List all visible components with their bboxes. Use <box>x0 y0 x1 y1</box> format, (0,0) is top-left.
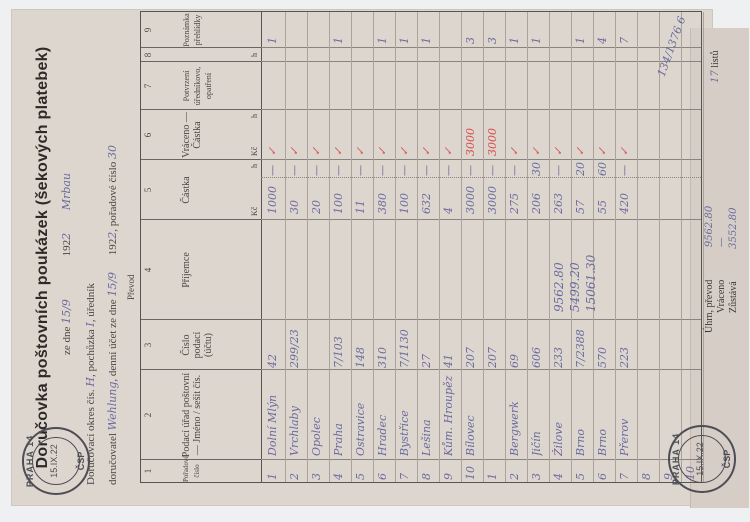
cell-no: 6 <box>596 462 609 480</box>
carrier-line: doručovatel Wehlung, denní účet ze dne 1… <box>106 145 119 485</box>
delivery-table: 1 Pořadové číslo 2 Podací úřad poštovní … <box>140 11 702 483</box>
cell-number: 27 <box>420 322 433 368</box>
cell-kc: 3000 <box>464 180 477 214</box>
cell-kc: 1000 <box>266 180 279 214</box>
cell-kc: 206 <box>530 180 543 214</box>
cell-ret: ✓ <box>310 112 323 156</box>
table-row: 5Brno7/23885720✓1 <box>571 12 594 482</box>
cell-ret: ✓ <box>266 112 279 156</box>
sequence-number: 30 <box>106 145 119 159</box>
cell-office: Bílovec <box>464 372 477 456</box>
table-row: 1Dolní Mlýn421000—✓1 <box>263 12 286 482</box>
cell-h: 20 <box>574 162 587 176</box>
cell-kc: 632 <box>420 180 433 214</box>
cell-office: Lešina <box>420 372 433 456</box>
cell-h: — <box>618 162 631 176</box>
cell-office: Bystřice <box>398 372 411 456</box>
cell-ret: 3000 <box>464 112 477 156</box>
col-header-4: 4 Příjemce <box>141 219 261 320</box>
cell-number: 42 <box>266 322 279 368</box>
table-row: 6Hradec310380—✓1 <box>373 12 396 482</box>
cell-h: — <box>354 162 367 176</box>
col-header-2: 2 Podací úřad poštovní — Jméno / sešit č… <box>141 369 261 460</box>
cell-office: Dolní Mlýn <box>266 372 279 456</box>
cell-number: 207 <box>464 322 477 368</box>
cell-kc: 57 <box>574 180 587 214</box>
cell-number: 299/23 <box>288 322 301 368</box>
cell-note: 3 <box>486 14 499 44</box>
cell-kc: 420 <box>618 180 631 214</box>
cell-note: 1 <box>420 14 433 44</box>
table-row: 10Bílovec2073000—30003 <box>461 12 484 482</box>
cell-no: 8 <box>420 462 433 480</box>
table-row: 9 <box>659 12 682 482</box>
cell-ret: ✓ <box>618 112 631 156</box>
cell-no: 6 <box>376 462 389 480</box>
carrier-signature: Wehlung <box>106 382 119 431</box>
col-header-5: 5 Částka Kč h <box>141 159 261 220</box>
cell-h: — <box>266 162 279 176</box>
cell-kc: 100 <box>332 180 345 214</box>
table-row: 3Opolec20—✓ <box>307 12 330 482</box>
transfer-label: Převod <box>126 275 136 301</box>
table-row: 5Ostravice14811—✓ <box>351 12 374 482</box>
cell-office: Brno <box>596 372 609 456</box>
cell-no: 7 <box>618 462 631 480</box>
cell-no: 3 <box>530 462 543 480</box>
cell-office: Bergwerk <box>508 372 521 456</box>
table-row: 3Jičín60620630✓1 <box>527 12 550 482</box>
recipient-totals: 9562.80 5499.20 15061.30 <box>551 255 599 312</box>
col-header-1: 1 Pořadové číslo <box>141 459 261 482</box>
table-row: 2Bergwerk69275—✓1 <box>505 12 528 482</box>
cell-note: 1 <box>508 14 521 44</box>
cell-ret: ✓ <box>574 112 587 156</box>
cell-no: 8 <box>640 462 653 480</box>
cell-h: — <box>486 162 499 176</box>
cell-office: Jičín <box>530 372 543 456</box>
cell-no: 5 <box>354 462 367 480</box>
cell-no: 3 <box>310 462 323 480</box>
header-divider <box>261 12 262 482</box>
cell-number: 207 <box>486 322 499 368</box>
date-line: ze dne 15/9 1922 Mrbau <box>60 173 73 355</box>
cell-ret: 3000 <box>486 112 499 156</box>
round-value: I <box>84 322 97 326</box>
table-row: 4Žilove233263—✓ <box>549 12 572 482</box>
cell-ret: ✓ <box>420 112 433 156</box>
postmark-stamp: PRAHA 14 15.IX.22 ČSP <box>668 425 736 493</box>
cell-number: 148 <box>354 322 367 368</box>
cell-no: 1 <box>486 462 499 480</box>
cell-number: 7/2388 <box>574 322 587 368</box>
cell-number: 69 <box>508 322 521 368</box>
cell-note: 1 <box>266 14 279 44</box>
cell-ret: ✓ <box>332 112 345 156</box>
cell-number: 310 <box>376 322 389 368</box>
cell-number: 570 <box>596 322 609 368</box>
col-header-7: 7 Potvrzení úředníkovo, opatření <box>141 61 261 110</box>
cell-no: 1 <box>266 462 279 480</box>
cell-h: — <box>464 162 477 176</box>
cell-ret: ✓ <box>530 112 543 156</box>
table-row: 7Přerov223420—✓7 <box>615 12 638 482</box>
cell-no: 5 <box>574 462 587 480</box>
cell-kc: 275 <box>508 180 521 214</box>
cell-no: 2 <box>508 462 521 480</box>
clerk-signature: Mrbau <box>60 173 73 210</box>
table-row: 8Lešina27632—✓1 <box>417 12 440 482</box>
col-header-8: 8 h <box>141 47 261 62</box>
cell-ret: ✓ <box>288 112 301 156</box>
cell-h: 30 <box>530 162 543 176</box>
remaining-value: 3552.80 <box>728 207 739 248</box>
cell-h: — <box>376 162 389 176</box>
table-row: 4Praha7/103100—✓1 <box>329 12 352 482</box>
cell-office: Kům. Hroupěz <box>442 372 455 456</box>
cell-note: 4 <box>596 14 609 44</box>
cell-number: 223 <box>618 322 631 368</box>
cell-kc: 55 <box>596 180 609 214</box>
cell-ret: ✓ <box>354 112 367 156</box>
cell-note: 1 <box>530 14 543 44</box>
cell-note: 1 <box>376 14 389 44</box>
cell-office: Hradec <box>376 372 389 456</box>
cell-note: 7 <box>618 14 631 44</box>
cell-ret: ✓ <box>552 112 565 156</box>
table-row: 12073000—30003 <box>483 12 506 482</box>
cell-kc: 4 <box>442 180 455 214</box>
table-row: 6Brno5705560✓4 <box>593 12 616 482</box>
cell-number: 606 <box>530 322 543 368</box>
cell-number: 233 <box>552 322 565 368</box>
col-header-9: 9 Poznámka přehlídky <box>141 12 261 48</box>
cell-h: — <box>508 162 521 176</box>
cell-kc: 380 <box>376 180 389 214</box>
table-row: 8 <box>637 12 660 482</box>
total-transfer-value: 9562.80 <box>704 206 715 247</box>
cell-h: — <box>420 162 433 176</box>
cell-kc: 263 <box>552 180 565 214</box>
table-row: 10 <box>681 12 704 482</box>
cell-h: — <box>552 162 565 176</box>
cell-kc: 30 <box>288 180 301 214</box>
cell-h: 60 <box>596 162 609 176</box>
postmark-stamp: PRAHA 14 15.IX.22 ČSP <box>22 427 90 495</box>
cell-number: 7/103 <box>332 322 345 368</box>
cell-no: 9 <box>442 462 455 480</box>
cell-no: 10 <box>464 462 477 480</box>
cell-ret: ✓ <box>596 112 609 156</box>
cell-no: 2 <box>288 462 301 480</box>
col-header-6: 6 Vráceno — Částka Kč h <box>141 109 261 160</box>
cell-kc: 100 <box>398 180 411 214</box>
date-value: 15/9 <box>60 299 73 324</box>
cell-note: 1 <box>332 14 345 44</box>
postal-delivery-sheet: Doručovka poštovních poukázek (šekových … <box>12 10 747 505</box>
col-header-3: 3 Číslo podací (účtu) <box>141 319 261 370</box>
table-row: 2Vrchlaby299/2330—✓ <box>285 12 308 482</box>
cell-no: 4 <box>552 462 565 480</box>
cell-kc: 3000 <box>486 180 499 214</box>
cell-office: Žilove <box>552 372 565 456</box>
cell-office: Praha <box>332 372 345 456</box>
summary-section: Úhrn, převod 9562.80 Vráceno — Zůstává 3… <box>702 13 742 483</box>
cell-no: 4 <box>332 462 345 480</box>
cell-office: Opolec <box>310 372 323 456</box>
cell-ret: ✓ <box>398 112 411 156</box>
cell-number: 41 <box>442 322 455 368</box>
cell-office: Přerov <box>618 372 631 456</box>
cell-kc: 20 <box>310 180 323 214</box>
district-value: H <box>84 377 97 387</box>
cell-h: — <box>442 162 455 176</box>
cell-kc: 11 <box>354 180 367 214</box>
cell-note: 3 <box>464 14 477 44</box>
cell-ret: ✓ <box>442 112 455 156</box>
cell-h: — <box>332 162 345 176</box>
cell-ret: ✓ <box>376 112 389 156</box>
table-row: 7Bystřice7/1130100—✓1 <box>395 12 418 482</box>
cell-office: Ostravice <box>354 372 367 456</box>
cell-office: Vrchlaby <box>288 372 301 456</box>
cell-ret: ✓ <box>508 112 521 156</box>
table-row: 9Kům. Hroupěz414—✓ <box>439 12 462 482</box>
cell-h: — <box>288 162 301 176</box>
cell-office: Brno <box>574 372 587 456</box>
cell-note: 1 <box>574 14 587 44</box>
cell-number: 7/1130 <box>398 322 411 368</box>
cell-note: 1 <box>398 14 411 44</box>
cell-h: — <box>398 162 411 176</box>
cell-h: — <box>310 162 323 176</box>
cell-no: 7 <box>398 462 411 480</box>
